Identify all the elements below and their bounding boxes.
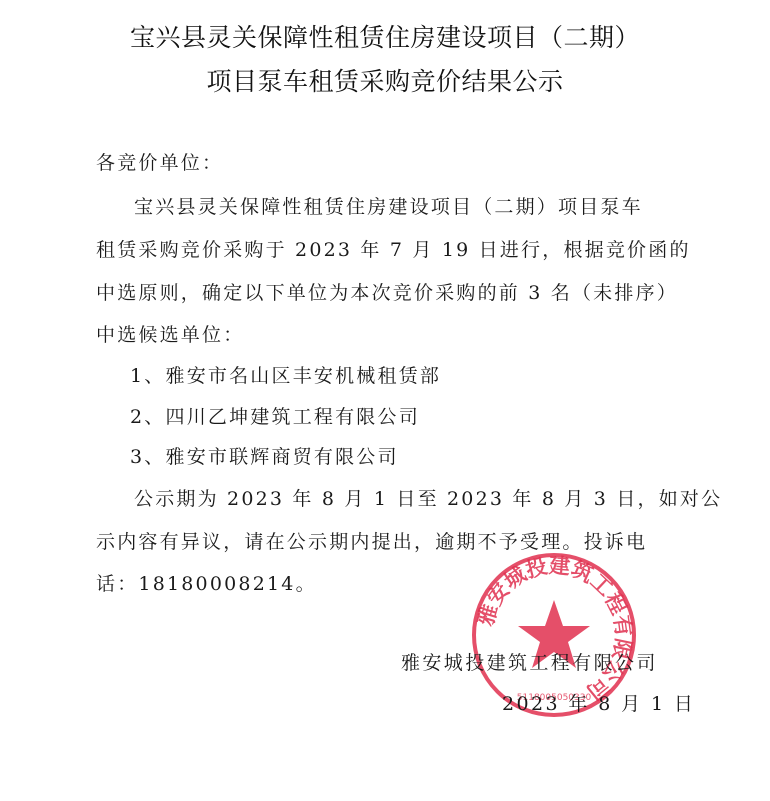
paragraph-line: 公示期为 2023 年 8 月 1 日至 2023 年 8 月 3 日，如对公 [134,484,722,511]
issuer-company: 雅安城投建筑工程有限公司 [401,648,658,675]
document-title-line-2: 项目泵车租赁采购竞价结果公示 [0,62,770,98]
candidate-item: 2、四川乙坤建筑工程有限公司 [130,402,420,429]
paragraph-line: 中选候选单位： [96,320,244,347]
issue-date: 2023 年 8 月 1 日 [502,689,695,716]
paragraph-line: 话：18180008214。 [96,569,317,596]
paragraph-line: 中选原则，确定以下单位为本次竞价采购的前 3 名（未排序） [96,278,678,305]
svg-text:雅安城投建筑工程有限公司: 雅安城投建筑工程有限公司 [473,553,635,704]
salutation: 各竞价单位： [96,148,223,175]
paragraph-line: 宝兴县灵关保障性租赁住房建设项目（二期）项目泵车 [134,192,643,219]
paragraph-line: 租赁采购竞价采购于 2023 年 7 月 19 日进行，根据竞价函的 [96,235,691,262]
candidate-item: 3、雅安市联辉商贸有限公司 [130,442,399,469]
document-title-line-1: 宝兴县灵关保障性租赁住房建设项目（二期） [0,18,770,54]
paragraph-line: 示内容有异议，请在公示期内提出，逾期不予受理。投诉电 [96,527,647,554]
candidate-item: 1、雅安市名山区丰安机械租赁部 [130,361,441,388]
